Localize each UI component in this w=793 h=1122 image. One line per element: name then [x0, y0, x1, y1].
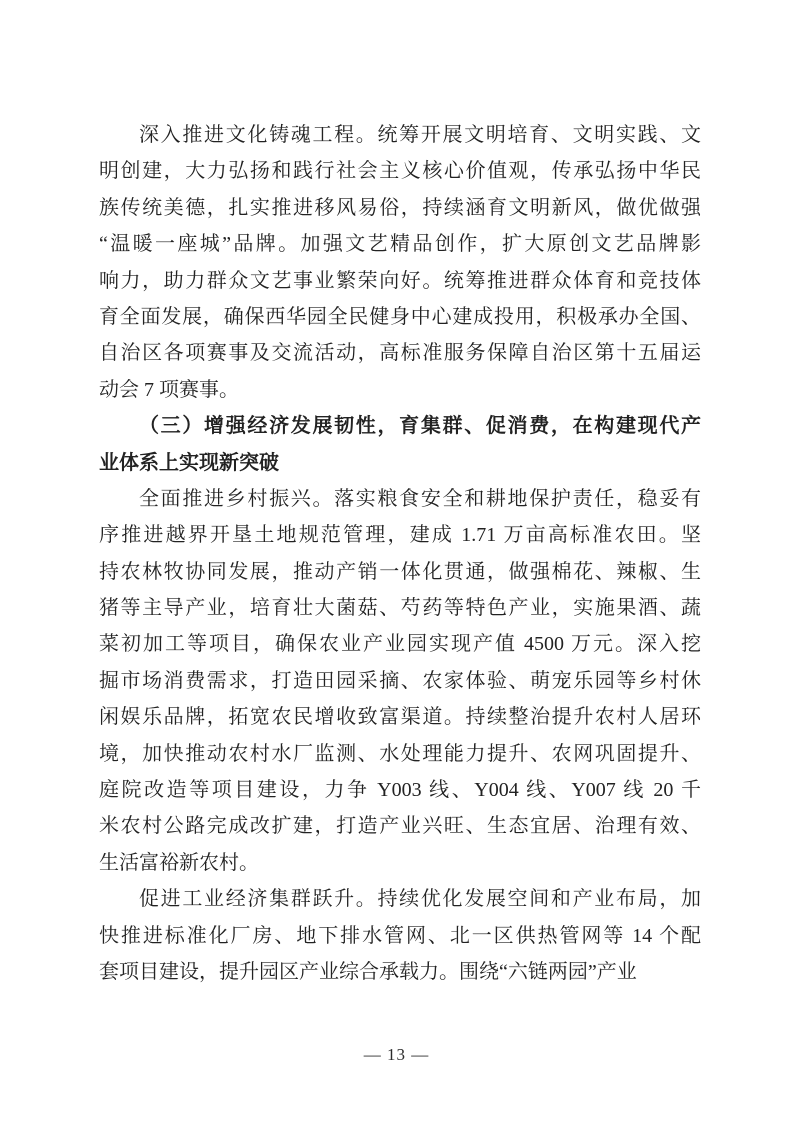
para-culture-sports-line-8: 动会 7 项赛事。 — [99, 372, 701, 408]
text-block: 深入推进文化铸魂工程。统筹开展文明培育、文明实践、文明创建，大力弘扬和践行社会主… — [99, 117, 701, 990]
para-rural-revitalization-line-7: 闲娱乐品牌，拓宽农民增收致富渠道。持续整治提升农村人居环 — [99, 699, 701, 735]
para-rural-revitalization-line-11: 生活富裕新农村。 — [99, 845, 701, 881]
heading-section-three-line-1: （三）增强经济发展韧性，育集群、促消费，在构建现代产 — [99, 408, 701, 444]
para-culture-sports-line-2: 明创建，大力弘扬和践行社会主义核心价值观，传承弘扬中华民 — [99, 153, 701, 189]
para-rural-revitalization-line-1: 全面推进乡村振兴。落实粮食安全和耕地保护责任，稳妥有 — [99, 481, 701, 517]
para-industry-cluster: 促进工业经济集群跃升。持续优化发展空间和产业布局，加快推进标准化厂房、地下排水管… — [99, 881, 701, 990]
document-page: 深入推进文化铸魂工程。统筹开展文明培育、文明实践、文明创建，大力弘扬和践行社会主… — [0, 0, 793, 1122]
para-culture-sports-line-7: 自治区各项赛事及交流活动，高标准服务保障自治区第十五届运 — [99, 335, 701, 371]
heading-section-three-line-2: 业体系上实现新突破 — [99, 445, 701, 481]
para-industry-cluster-line-3: 套项目建设，提升园区产业综合承载力。围绕“六链两园”产业 — [99, 954, 701, 990]
para-culture-sports-line-6: 育全面发展，确保西华园全民健身中心建成投用，积极承办全国、 — [99, 299, 701, 335]
para-culture-sports-line-1: 深入推进文化铸魂工程。统筹开展文明培育、文明实践、文 — [99, 117, 701, 153]
para-culture-sports: 深入推进文化铸魂工程。统筹开展文明培育、文明实践、文明创建，大力弘扬和践行社会主… — [99, 117, 701, 408]
para-culture-sports-line-3: 族传统美德，扎实推进移风易俗，持续涵育文明新风，做优做强 — [99, 190, 701, 226]
page-number: — 13 — — [0, 1042, 793, 1068]
para-industry-cluster-line-1: 促进工业经济集群跃升。持续优化发展空间和产业布局，加 — [99, 881, 701, 917]
para-rural-revitalization-line-6: 掘市场消费需求，打造田园采摘、农家体验、萌宠乐园等乡村休 — [99, 663, 701, 699]
para-rural-revitalization-line-4: 猪等主导产业，培育壮大菌菇、芍药等特色产业，实施果酒、蔬 — [99, 590, 701, 626]
para-culture-sports-line-4: “温暖一座城”品牌。加强文艺精品创作，扩大原创文艺品牌影 — [99, 226, 701, 262]
para-rural-revitalization-line-8: 境，加快推动农村水厂监测、水处理能力提升、农网巩固提升、 — [99, 736, 701, 772]
para-rural-revitalization-line-10: 米农村公路完成改扩建，打造产业兴旺、生态宜居、治理有效、 — [99, 808, 701, 844]
heading-section-three: （三）增强经济发展韧性，育集群、促消费，在构建现代产业体系上实现新突破 — [99, 408, 701, 481]
para-culture-sports-line-5: 响力，助力群众文艺事业繁荣向好。统筹推进群众体育和竞技体 — [99, 263, 701, 299]
para-rural-revitalization-line-2: 序推进越界开垦土地规范管理，建成 1.71 万亩高标准农田。坚 — [99, 517, 701, 553]
para-rural-revitalization-line-3: 持农林牧协同发展，推动产销一体化贯通，做强棉花、辣椒、生 — [99, 554, 701, 590]
para-industry-cluster-line-2: 快推进标准化厂房、地下排水管网、北一区供热管网等 14 个配 — [99, 918, 701, 954]
para-rural-revitalization-line-5: 菜初加工等项目，确保农业产业园实现产值 4500 万元。深入挖 — [99, 626, 701, 662]
para-rural-revitalization: 全面推进乡村振兴。落实粮食安全和耕地保护责任，稳妥有序推进越界开垦土地规范管理，… — [99, 481, 701, 881]
para-rural-revitalization-line-9: 庭院改造等项目建设，力争 Y003 线、Y004 线、Y007 线 20 千 — [99, 772, 701, 808]
